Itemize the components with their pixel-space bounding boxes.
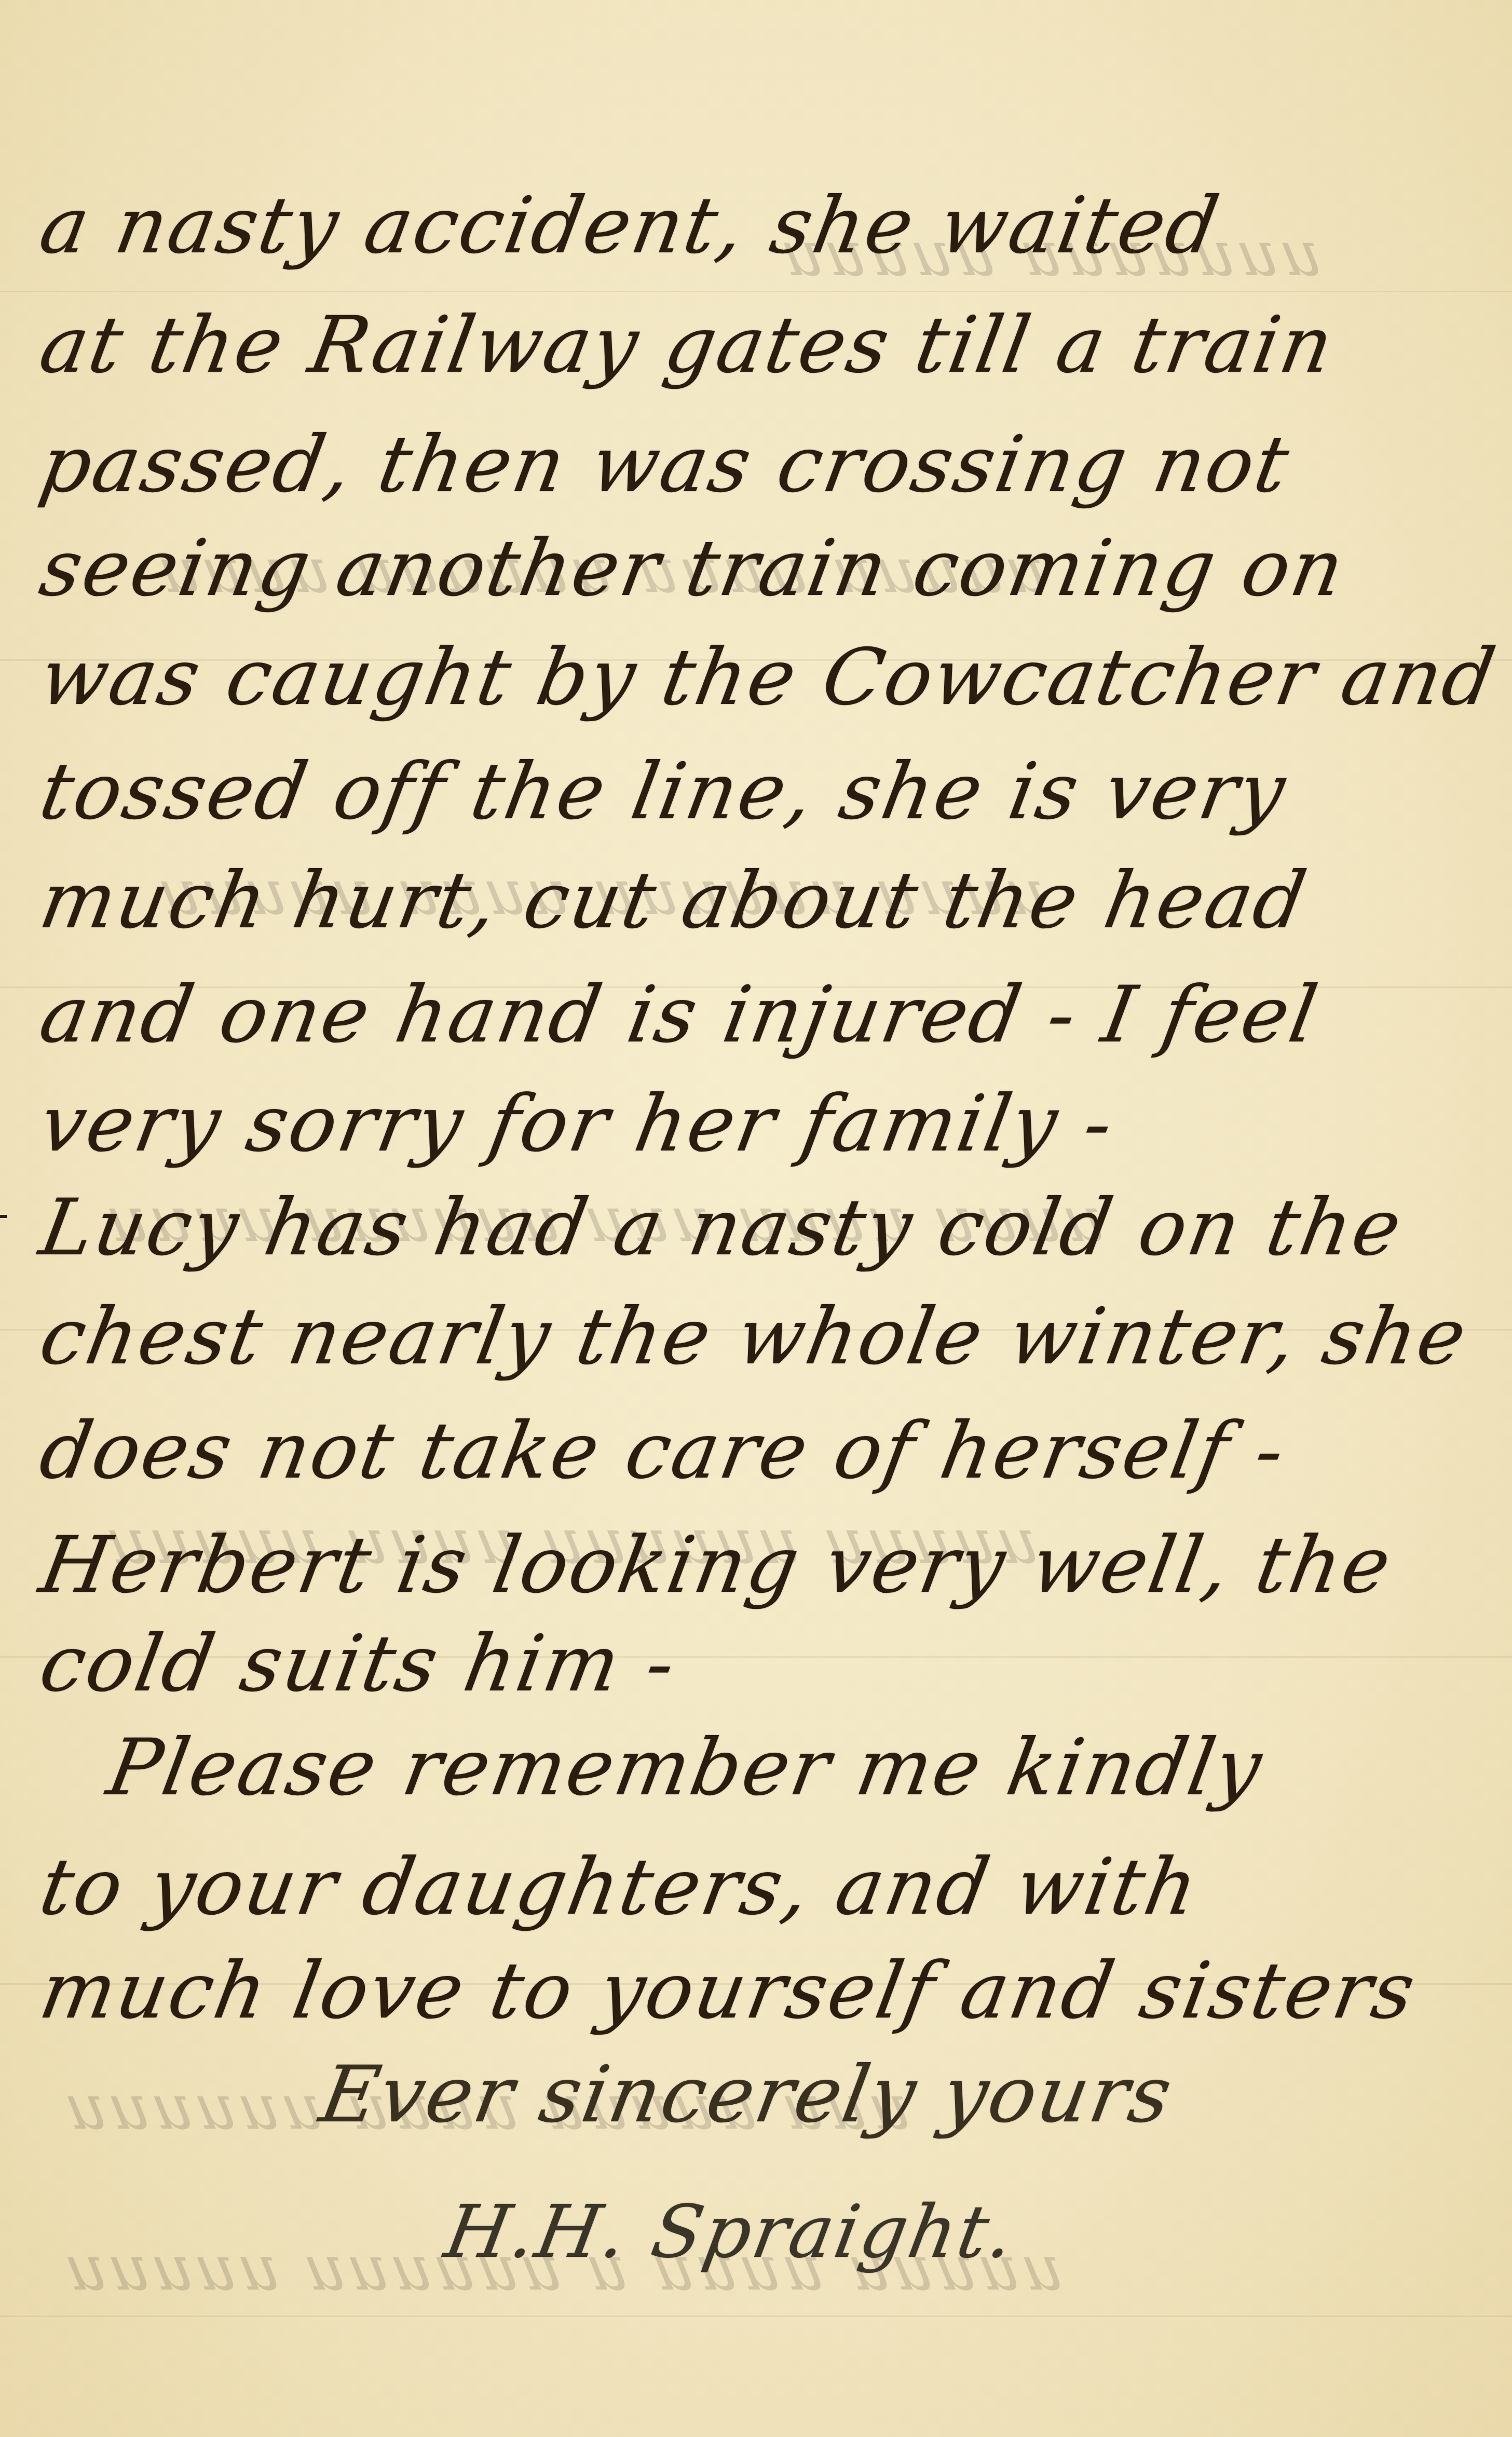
- letter-line-1: a nasty accident, she waited: [35, 187, 1226, 265]
- letter-line-11: chest nearly the whole winter, she: [35, 1298, 1474, 1376]
- letter-line-4: seeing another train coming on: [35, 530, 1351, 607]
- letter-signature: H.H. Spraight.: [440, 2196, 1021, 2269]
- letter-line-12: does not take care of herself -: [35, 1412, 1292, 1490]
- letter-line-3: passed, then was crossing not: [35, 426, 1296, 504]
- letter-line-2: at the Railway gates till a train: [35, 306, 1340, 384]
- letter-line-16: to your daughters, and with: [35, 1848, 1205, 1926]
- letter-line-7: much hurt, cut about the head: [35, 862, 1313, 940]
- letter-line-5: was caught by the Cowcatcher and: [35, 639, 1502, 716]
- letter-line-13: Herbert is looking very well, the: [35, 1526, 1398, 1604]
- ruled-line: [0, 2316, 1512, 2317]
- ruled-line: [0, 291, 1512, 292]
- letter-line-8: and one hand is injured - I feel: [35, 976, 1325, 1054]
- margin-mark: [0, 1215, 7, 1218]
- letter-closing: Ever sincerely yours: [315, 2056, 1179, 2134]
- letter-page: uuuuuuu uuuuu uuuuu uuuu uuuuuu uuuu uuu…: [0, 0, 1512, 2437]
- letter-line-15: Please remember me kindly: [102, 1729, 1269, 1807]
- letter-line-17: much love to yourself and sisters: [35, 1952, 1422, 2030]
- letter-line-10: Lucy has had a nasty cold on the: [35, 1189, 1409, 1267]
- letter-line-9: very sorry for her family -: [35, 1085, 1120, 1163]
- letter-line-14: cold suits him -: [35, 1625, 683, 1703]
- letter-line-6: tossed off the line, she is very: [35, 753, 1292, 831]
